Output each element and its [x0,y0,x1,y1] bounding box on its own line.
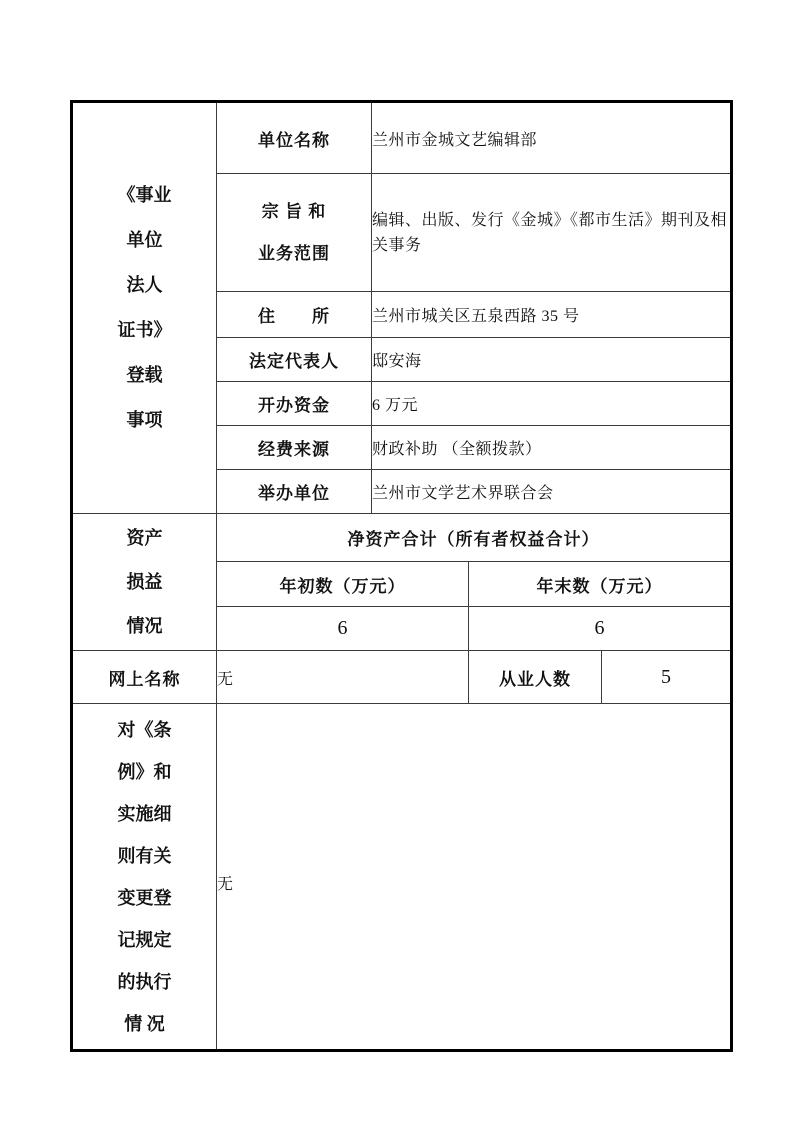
header-line: 事项 [73,398,216,443]
table-row: 《事业 单位 法人 证书》 登载 事项 单位名称 兰州市金城文艺编辑部 [72,102,732,174]
label-unit-name: 单位名称 [217,102,372,174]
value-legal-representative: 邸安海 [372,338,732,382]
value-organizer: 兰州市文学艺术界联合会 [372,470,732,514]
header-line: 记规定 [73,919,216,961]
header-line: 则有关 [73,835,216,877]
label-staff-count: 从业人数 [469,651,602,704]
value-regulation-compliance: 无 [217,704,732,1051]
value-address: 兰州市城关区五泉西路 35 号 [372,292,732,338]
header-line: 的执行 [73,961,216,1003]
label-address: 住 所 [217,292,372,338]
net-assets-title: 净资产合计（所有者权益合计） [217,514,732,562]
value-online-name: 无 [217,651,469,704]
label-purpose-scope: 宗 旨 和 业务范围 [217,174,372,292]
label-organizer: 举办单位 [217,470,372,514]
label-legal-representative: 法定代表人 [217,338,372,382]
value-funding-source: 财政补助 （全额拨款） [372,426,732,470]
regulation-section-header: 对《条 例》和 实施细 则有关 变更登 记规定 的执行 情 况 [72,704,217,1051]
label-line: 宗 旨 和 [217,191,371,233]
value-unit-name: 兰州市金城文艺编辑部 [372,102,732,174]
header-line: 单位 [73,218,216,263]
table-row: 网上名称 无 从业人数 5 [72,651,732,704]
header-line: 情况 [73,604,216,648]
value-year-end: 6 [469,607,732,651]
label-year-begin: 年初数（万元） [217,562,469,607]
header-line: 例》和 [73,751,216,793]
header-line: 实施细 [73,793,216,835]
header-line: 变更登 [73,877,216,919]
header-line: 对《条 [73,709,216,751]
label-founding-capital: 开办资金 [217,382,372,426]
registration-form-table: 《事业 单位 法人 证书》 登载 事项 单位名称 兰州市金城文艺编辑部 宗 旨 … [70,100,733,1052]
value-founding-capital: 6 万元 [372,382,732,426]
header-line: 资产 [73,516,216,560]
header-line: 法人 [73,263,216,308]
header-line: 损益 [73,560,216,604]
header-line: 证书》 [73,308,216,353]
header-line: 《事业 [73,173,216,218]
label-funding-source: 经费来源 [217,426,372,470]
header-line: 情 况 [73,1003,216,1045]
regulation-value-text: 无 [217,859,730,894]
value-purpose-scope: 编辑、出版、发行《金城》《都市生活》期刊及相关事务 [372,174,732,292]
assets-section-header: 资产 损益 情况 [72,514,217,651]
label-line: 业务范围 [217,233,371,275]
table-row: 对《条 例》和 实施细 则有关 变更登 记规定 的执行 情 况 无 [72,704,732,1051]
label-year-end: 年末数（万元） [469,562,732,607]
value-staff-count: 5 [602,651,732,704]
label-online-name: 网上名称 [72,651,217,704]
header-line: 登载 [73,353,216,398]
certificate-section-header: 《事业 单位 法人 证书》 登载 事项 [72,102,217,514]
document-page: 《事业 单位 法人 证书》 登载 事项 单位名称 兰州市金城文艺编辑部 宗 旨 … [0,0,800,1131]
table-row: 资产 损益 情况 净资产合计（所有者权益合计） [72,514,732,562]
value-year-begin: 6 [217,607,469,651]
